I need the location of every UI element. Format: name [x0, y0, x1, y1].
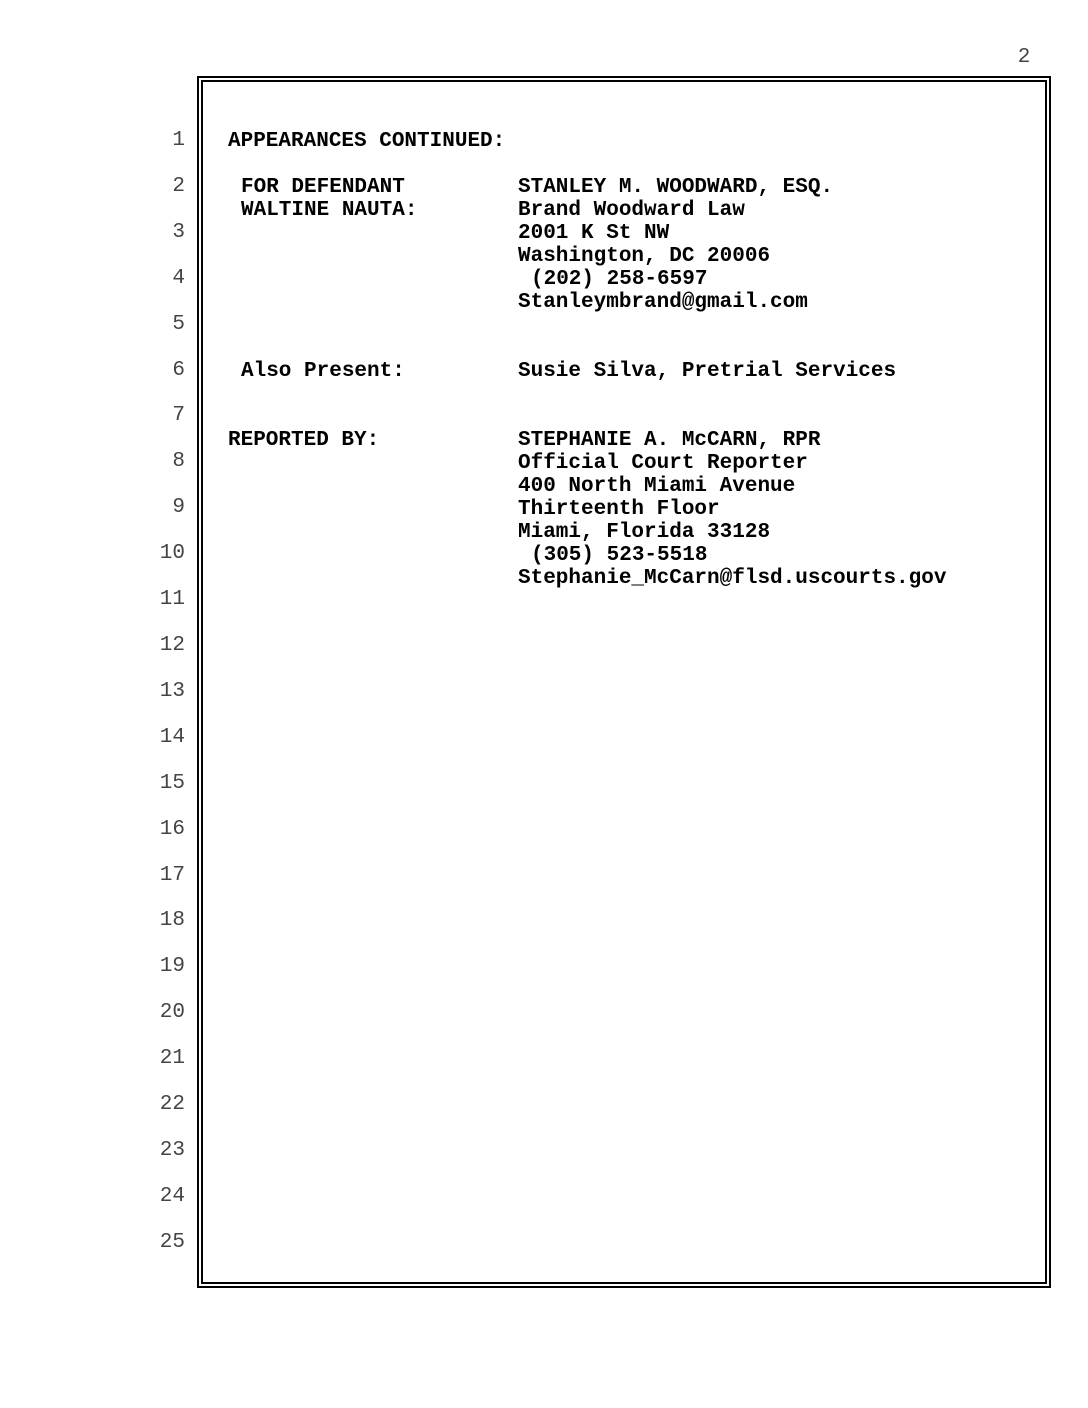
- line-number: 25: [118, 1220, 185, 1266]
- line-number: 16: [118, 807, 185, 853]
- line-number: 4: [118, 256, 185, 302]
- reporter-name: STEPHANIE A. McCARN, RPR: [518, 429, 820, 452]
- reporter-address-line: Thirteenth Floor: [518, 498, 720, 521]
- attorney-firm: Brand Woodward Law: [518, 199, 745, 222]
- reporter-title: Official Court Reporter: [518, 452, 808, 475]
- also-present-value: Susie Silva, Pretrial Services: [518, 360, 896, 383]
- defendant-label-line-1: FOR DEFENDANT: [241, 176, 405, 199]
- appearances-heading: APPEARANCES CONTINUED:: [228, 130, 505, 153]
- line-number: 9: [118, 485, 185, 531]
- line-number: 3: [118, 210, 185, 256]
- line-number: 17: [118, 853, 185, 899]
- line-number: 13: [118, 669, 185, 715]
- line-number: 22: [118, 1082, 185, 1128]
- line-number: 15: [118, 761, 185, 807]
- attorney-name: STANLEY M. WOODWARD, ESQ.: [518, 176, 833, 199]
- also-present-label: Also Present:: [241, 360, 405, 383]
- reporter-phone: (305) 523-5518: [531, 544, 707, 567]
- line-number: 10: [118, 531, 185, 577]
- attorney-address-line: 2001 K St NW: [518, 222, 669, 245]
- line-number: 21: [118, 1036, 185, 1082]
- line-number: 6: [118, 348, 185, 394]
- reporter-email: Stephanie_McCarn@flsd.uscourts.gov: [518, 567, 946, 590]
- attorney-phone: (202) 258-6597: [531, 268, 707, 291]
- line-number: 12: [118, 623, 185, 669]
- line-number: 5: [118, 302, 185, 348]
- line-number: 2: [118, 164, 185, 210]
- reported-by-label: REPORTED BY:: [228, 429, 379, 452]
- line-number: 8: [118, 439, 185, 485]
- line-number: 7: [118, 393, 185, 439]
- line-number: 24: [118, 1174, 185, 1220]
- line-number: 1: [118, 118, 185, 164]
- line-number: 18: [118, 898, 185, 944]
- line-number: 20: [118, 990, 185, 1036]
- line-number-column: 1 2 3 4 5 6 7 8 9 10 11 12 13 14 15 16 1…: [118, 118, 185, 1266]
- transcript-page: 2 1 2 3 4 5 6 7 8 9 10 11 12 13 14 15 16…: [0, 0, 1088, 1408]
- line-number: 19: [118, 944, 185, 990]
- attorney-address-line: Washington, DC 20006: [518, 245, 770, 268]
- attorney-email: Stanleymbrand@gmail.com: [518, 291, 808, 314]
- defendant-label-line-2: WALTINE NAUTA:: [241, 199, 417, 222]
- reporter-address-line: 400 North Miami Avenue: [518, 475, 795, 498]
- line-number: 11: [118, 577, 185, 623]
- reporter-address-line: Miami, Florida 33128: [518, 521, 770, 544]
- line-number: 14: [118, 715, 185, 761]
- page-number: 2: [1010, 46, 1038, 69]
- line-number: 23: [118, 1128, 185, 1174]
